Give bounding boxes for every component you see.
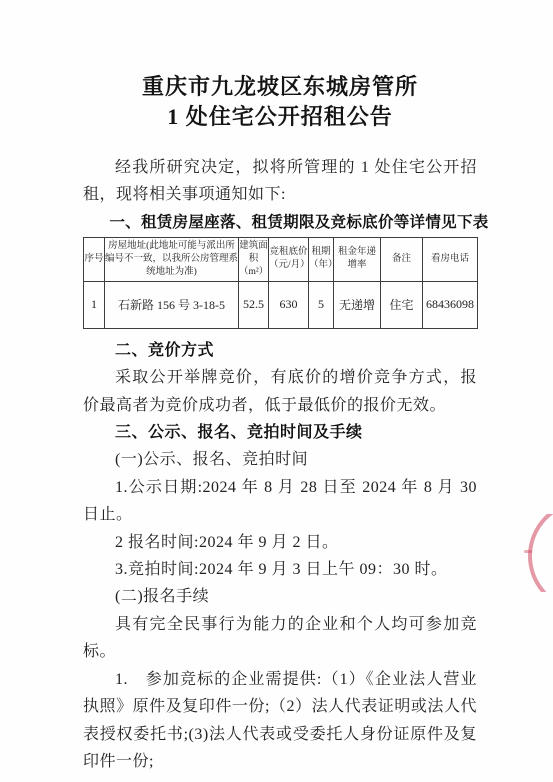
cell-remark: 住宅 <box>381 281 423 328</box>
header-cell-area: 建筑面积（m²） <box>239 237 269 281</box>
section3-heading: 三、公示、报名、竞拍时间及手续 <box>83 419 477 446</box>
header-cell-address: 房屋地址(此地址可能与派出所编号不一致，以我所公房管理系统地址为准) <box>105 237 239 281</box>
header-cell-base-rent: 竞租底价（元/月） <box>269 237 309 281</box>
title-line-2: 1 处住宅公开招租公告 <box>83 102 477 132</box>
cell-term: 5 <box>309 281 334 328</box>
notice-item-3: 3.竞拍时间:2024 年 9 月 3 日上午 09：30 时。 <box>83 556 477 583</box>
sub1-heading: (一)公示、报名、竞拍时间 <box>83 446 477 473</box>
sub2-heading: (二)报名手续 <box>83 583 477 610</box>
document-body: 二、竞价方式 采取公开举牌竞价，有底价的增价竞争方式，报价最高者为竞价成功者，低… <box>83 337 477 776</box>
notice-item-2: 2 报名时间:2024 年 9 月 2 日。 <box>83 529 477 556</box>
sub2-paragraph-1: 具有完全民事行为能力的企业和个人均可参加竞标。 <box>83 611 477 666</box>
section2-heading: 二、竞价方式 <box>83 337 477 364</box>
header-cell-annual-increase: 租金年递增率 <box>334 237 381 281</box>
header-cell-remark: 备注 <box>381 237 423 281</box>
table-row: 1 石新路 156 号 3-18-5 52.5 630 5 无递增 住宅 684… <box>84 281 478 328</box>
stamp-ink-mark <box>524 550 532 553</box>
cell-address: 石新路 156 号 3-18-5 <box>105 281 239 328</box>
header-cell-term: 租期（年） <box>309 237 334 281</box>
section2-paragraph: 采取公开举牌竞价，有底价的增价竞争方式，报价最高者为竞价成功者，低于最低价的报价… <box>83 364 477 419</box>
cell-annual-increase: 无递增 <box>334 281 381 328</box>
rental-table: 序号 房屋地址(此地址可能与派出所编号不一致，以我所公房管理系统地址为准) 建筑… <box>83 237 478 329</box>
table-header-row: 序号 房屋地址(此地址可能与派出所编号不一致，以我所公房管理系统地址为准) 建筑… <box>84 237 478 281</box>
title-line-1: 重庆市九龙坡区东城房管所 <box>83 72 477 102</box>
header-cell-seq: 序号 <box>84 237 105 281</box>
stamp-circle-edge <box>528 514 553 592</box>
sub2-paragraph-2: 1. 参加竞标的企业需提供:（1）《企业法人营业执照》原件及复印件一份;（2）法… <box>83 666 477 776</box>
cell-phone: 68436098 <box>423 281 478 328</box>
header-cell-phone: 看房电话 <box>423 237 478 281</box>
document-title: 重庆市九龙坡区东城房管所 1 处住宅公开招租公告 <box>83 72 477 132</box>
section1-heading: 一、租赁房屋座落、租赁期限及竞标底价等详情见下表 <box>83 209 477 237</box>
document-content: 重庆市九龙坡区东城房管所 1 处住宅公开招租公告 经我所研究决定，拟将所管理的 … <box>83 0 477 775</box>
red-stamp-arc <box>520 514 553 592</box>
scanned-notice-page: 重庆市九龙坡区东城房管所 1 处住宅公开招租公告 经我所研究决定，拟将所管理的 … <box>0 0 553 782</box>
notice-item-1: 1.公示日期:2024 年 8 月 28 日至 2024 年 8 月 30 日止… <box>83 474 477 529</box>
cell-base-rent: 630 <box>269 281 309 328</box>
cell-seq: 1 <box>84 281 105 328</box>
cell-area: 52.5 <box>239 281 269 328</box>
intro-paragraph: 经我所研究决定，拟将所管理的 1 处住宅公开招租，现将相关事项通知如下: <box>83 154 477 209</box>
